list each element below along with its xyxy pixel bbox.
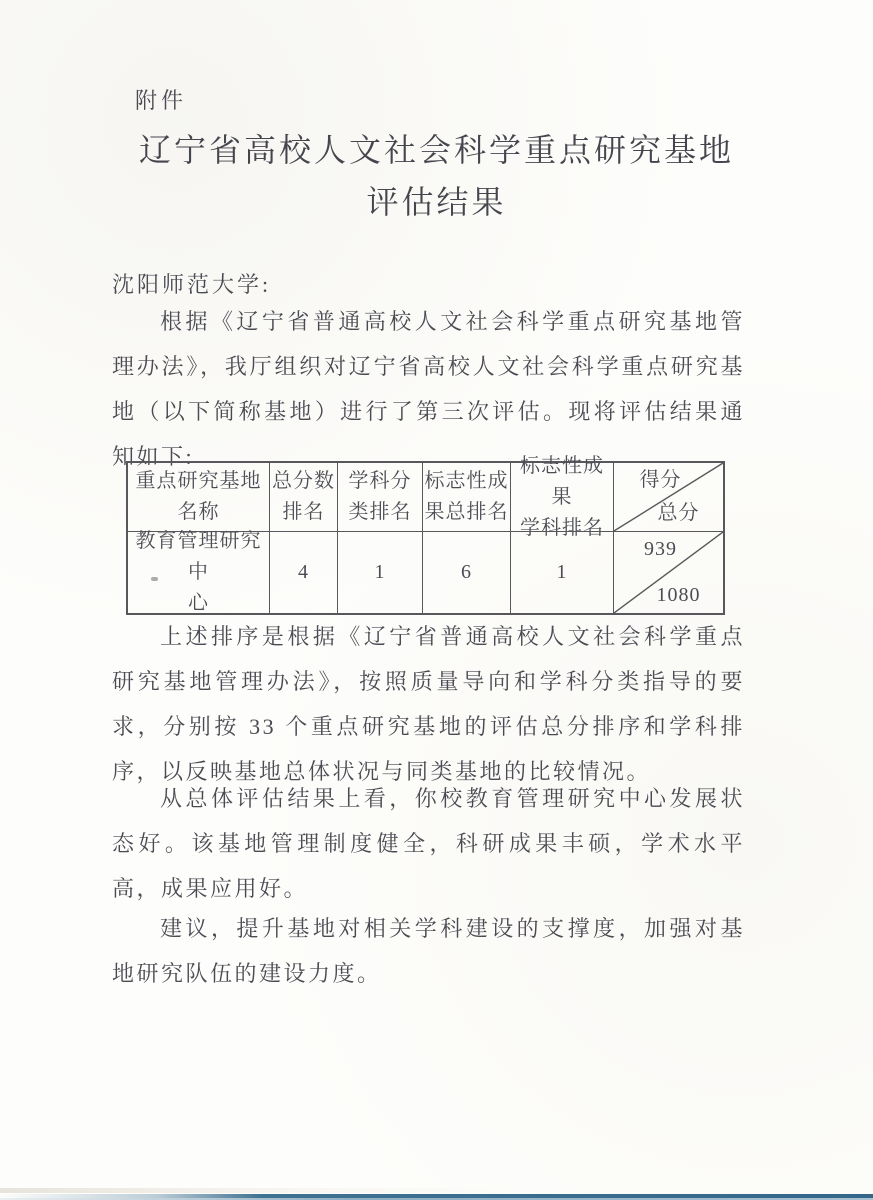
header-landmark-subject-rank: 标志性成果 学科排名 [510, 463, 613, 531]
row-total-score-rank: 4 [269, 531, 337, 613]
header-score-label: 得分 [606, 468, 715, 492]
header-landmark-total-rank: 标志性成 果总排名 [422, 463, 510, 531]
header-base-name: 重点研究基地 名称 [128, 463, 269, 531]
document-title: 辽宁省高校人文社会科学重点研究基地 评估结果 [0, 124, 873, 228]
paragraph-ranking-explanation: 上述排序是根据《辽宁省普通高校人文社会科学重点研究基地管理办法》，按照质量导向和… [112, 614, 745, 794]
paragraph-recommendation: 建议，提升基地对相关学科建设的支撑度，加强对基地研究队伍的建设力度。 [112, 906, 745, 996]
header-subject-class-rank: 学科分 类排名 [337, 463, 422, 531]
header-total-score-rank: 总分数 排名 [269, 463, 337, 531]
scan-bottom-smudge [0, 1188, 524, 1193]
row-landmark-total-rank: 6 [422, 531, 510, 613]
header-full-score-label: 总分 [624, 501, 733, 525]
paragraph-basis: 根据《辽宁省普通高校人文社会科学重点研究基地管理办法》，我厅组织对辽宁省高校人文… [112, 299, 745, 479]
row-landmark-subject-rank: 1 [510, 531, 613, 613]
header-score-over-fullscore: 得分 总分 [613, 463, 723, 531]
scanned-document-page: 附件 辽宁省高校人文社会科学重点研究基地 评估结果 沈阳师范大学: 根据《辽宁省… [0, 0, 873, 1200]
row-subject-class-rank: 1 [337, 531, 422, 613]
paragraph-overall-assessment: 从总体评估结果上看，你校教育管理研究中心发展状态好。该基地管理制度健全，科研成果… [112, 776, 745, 911]
title-line-1: 辽宁省高校人文社会科学重点研究基地 [0, 124, 873, 176]
row-score-over-fullscore: 939 1080 [613, 531, 723, 613]
scan-speck [151, 577, 158, 581]
evaluation-result-table: 重点研究基地 名称 总分数 排名 学科分 类排名 标志性成 果总排名 标志性成果… [126, 461, 725, 615]
attachment-label: 附件 [135, 84, 187, 115]
row-full-score-value: 1080 [624, 583, 733, 607]
row-base-name: 教育管理研究中 心 [128, 531, 269, 613]
row-score-value: 939 [606, 537, 715, 561]
title-line-2: 评估结果 [0, 176, 873, 228]
